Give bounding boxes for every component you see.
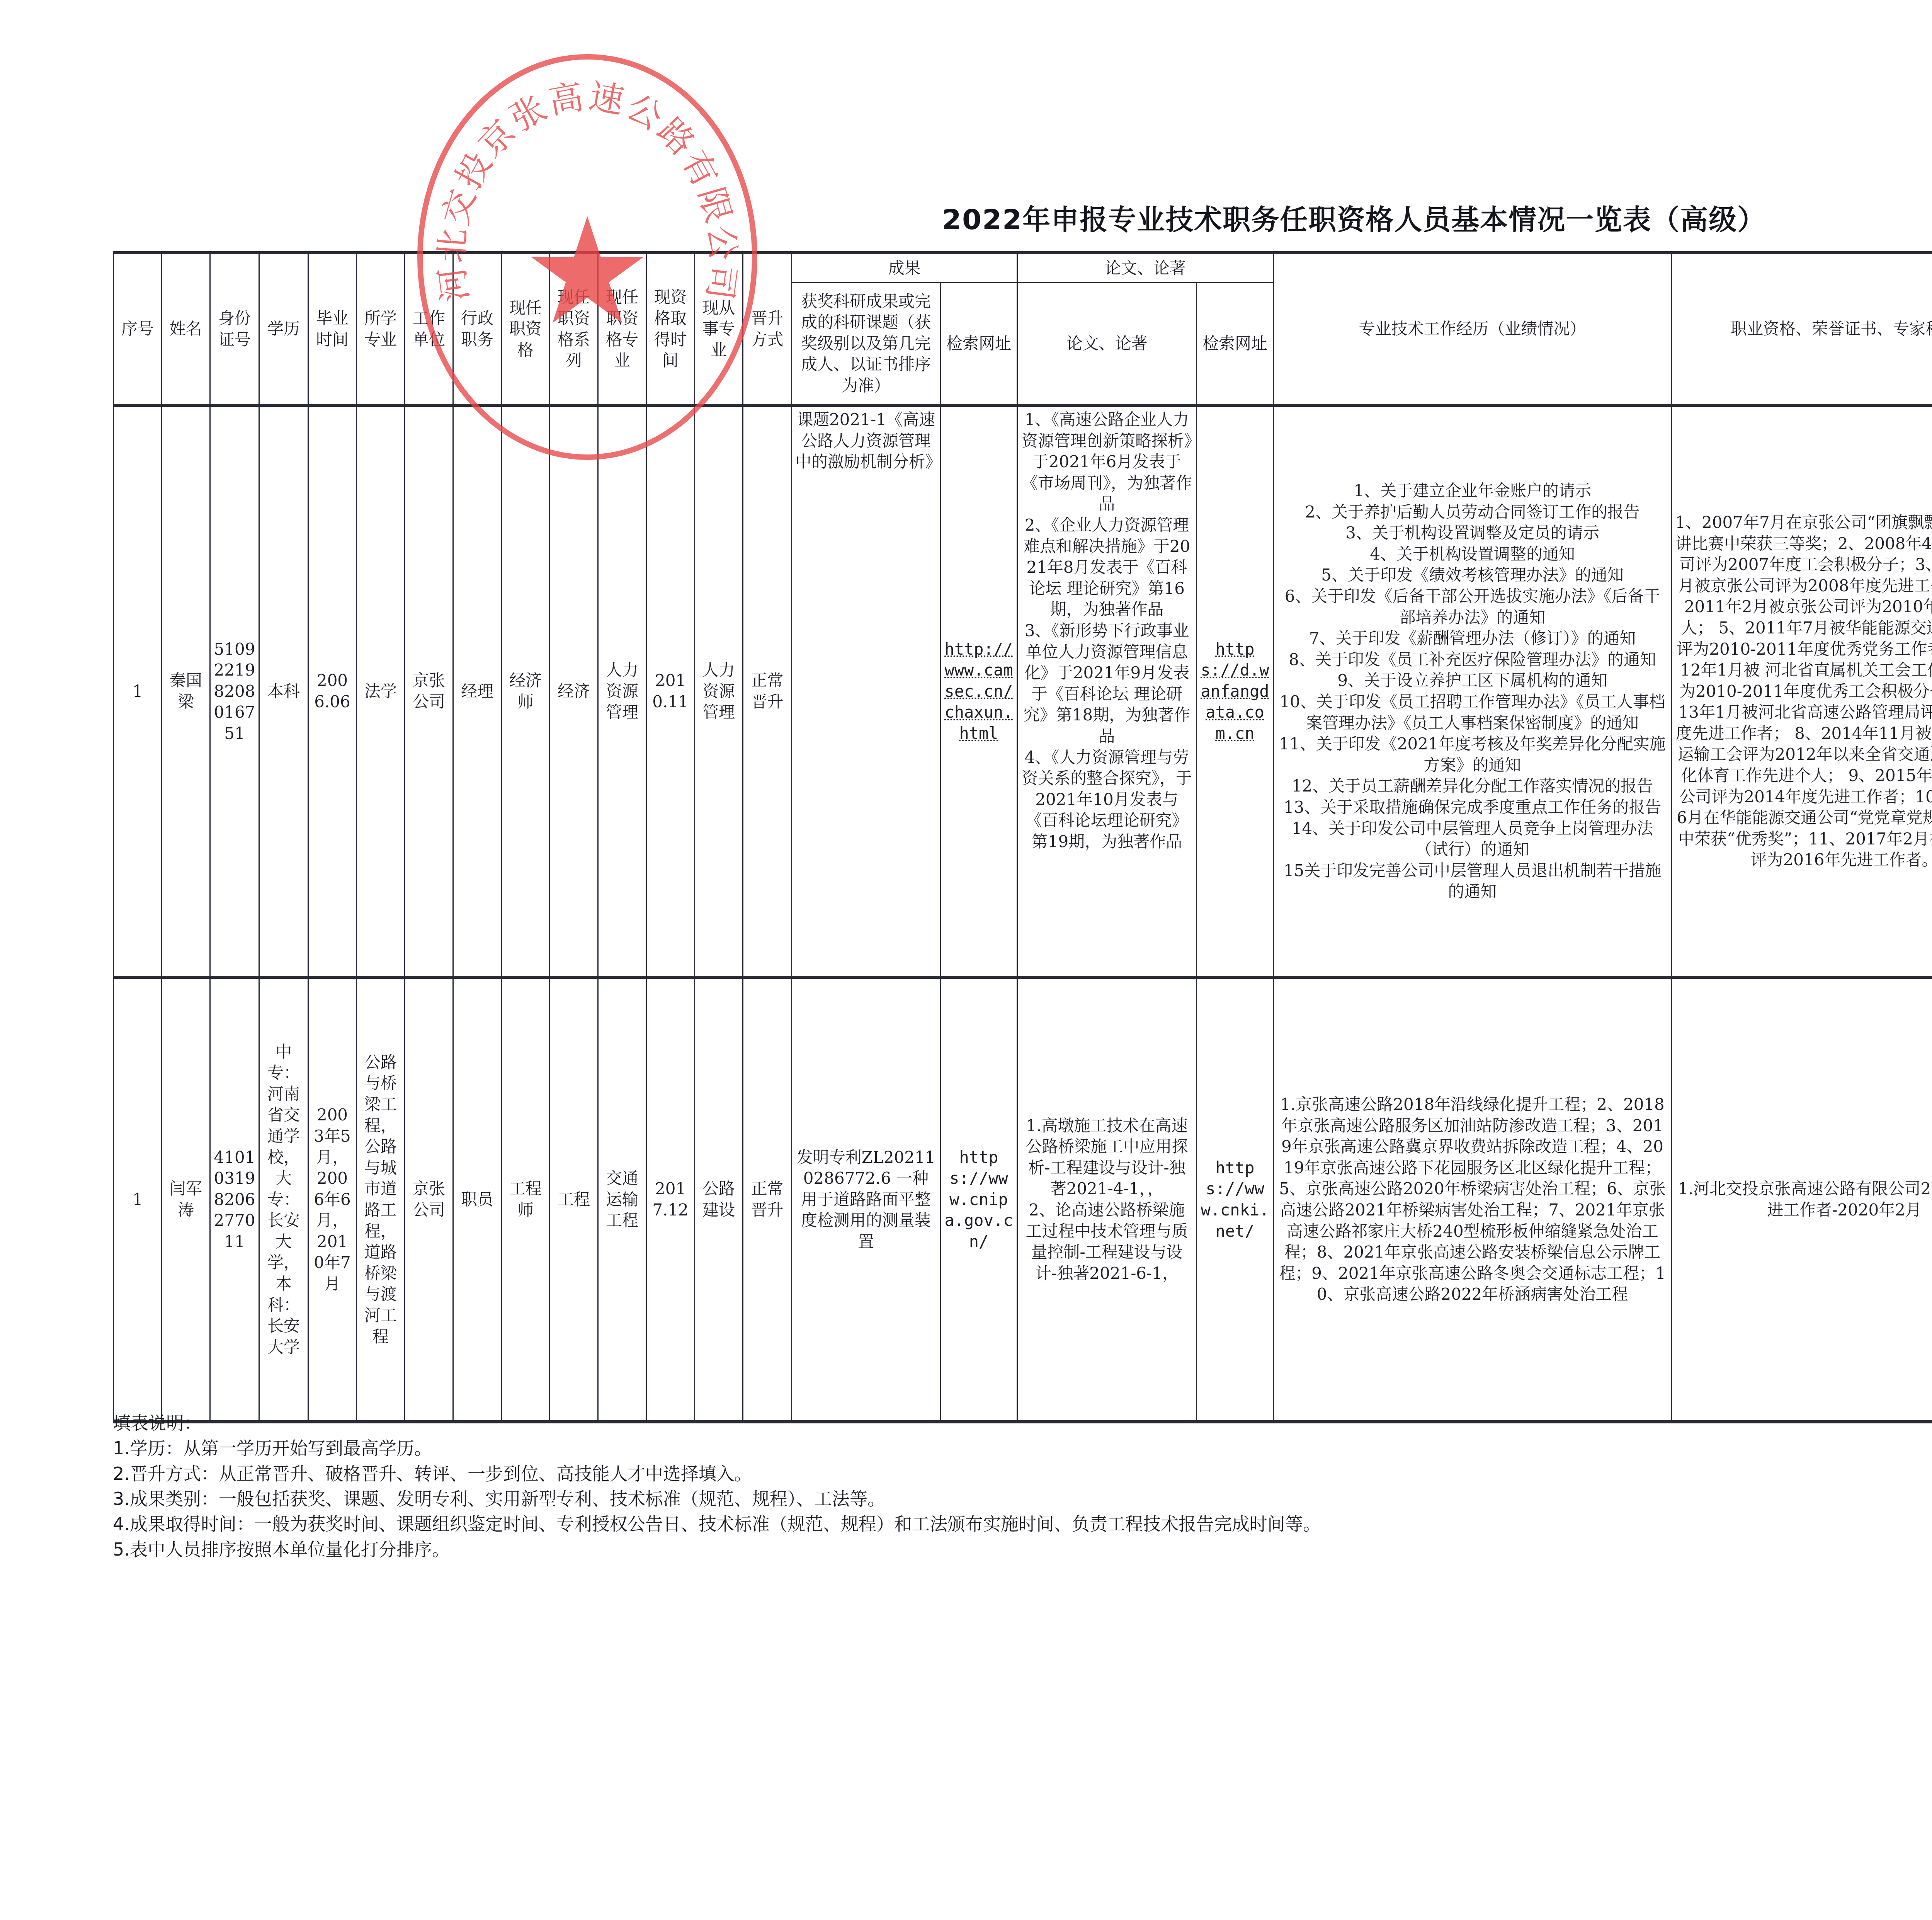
list-line: 2、《企业人力资源管理难点和解决措施》于2021年8月发表于《百科论坛 理论研究… <box>1021 515 1193 620</box>
note-item: 5.表中人员排序按照本单位量化打分排序。 <box>113 1537 1321 1562</box>
cell-current-field: 公路建设 <box>695 977 743 1422</box>
header-row-group: 序号 姓名 身份证号 学历 毕业时间 所学专业 工作单位 行政职务 现任职资格 … <box>114 253 1932 283</box>
header-work-experience: 专业技术工作经历（业绩情况） <box>1274 253 1672 405</box>
list-line: 3、关于机构设置调整及定员的请示 <box>1277 523 1668 544</box>
header-current-qualification: 现任职资格 <box>502 253 550 405</box>
header-papers-group: 论文、论著 <box>1017 253 1274 283</box>
cell-name: 秦国梁 <box>162 405 210 977</box>
cell-work-experience: 1.京张高速公路2018年沿线绿化提升工程；2、2018年京张高速公路服务区加油… <box>1274 977 1672 1422</box>
cell-id-number: 410103198206277011 <box>210 977 259 1422</box>
table-row: 1 闫军涛 410103198206277011 中专：河南省交通学校，大专：长… <box>114 977 1932 1422</box>
list-line: 11、关于印发《2021年度考核及年奖差异化分配实施方案》的通知 <box>1277 734 1668 776</box>
list-line: 4、《人力资源管理与劳资关系的整合探究》，于2021年10月发表与《百科论坛理论… <box>1021 747 1193 853</box>
header-id-number: 身份证号 <box>210 253 259 405</box>
list-line: 6、关于印发《后备干部公开选拔实施办法》《后备干部培养办法》的通知 <box>1277 586 1668 628</box>
list-line: 15关于印发完善公司中层管理人员退出机制若干措施的通知 <box>1277 860 1668 902</box>
cell-qual-obtained-time: 2010.11 <box>646 405 695 977</box>
header-papers: 论文、论著 <box>1017 283 1197 406</box>
header-promotion-method: 晋升方式 <box>743 253 792 405</box>
cell-current-qual-series: 工程 <box>550 977 598 1422</box>
header-achievements-url: 检索网址 <box>940 283 1017 406</box>
cell-current-field: 人力资源管理 <box>695 405 743 977</box>
fill-instructions: 填表说明： 1.学历：从第一学历开始写到最高学历。 2.晋升方式：从正常晋升、破… <box>113 1411 1321 1562</box>
table-row: 1 秦国梁 510922198208016751 本科 2006.06 法学 京… <box>114 405 1932 977</box>
cell-education: 中专：河南省交通学校，大专：长安大学，本科：长安大学 <box>259 977 308 1422</box>
header-papers-url: 检索网址 <box>1197 283 1274 406</box>
header-major: 所学专业 <box>357 253 405 405</box>
list-line: 2、论高速公路桥梁施工过程中技术管理与质量控制-工程建设与设计-独著2021-6… <box>1021 1200 1193 1284</box>
cell-grad-time: 2006.06 <box>308 405 357 977</box>
cell-papers-url-link[interactable]: https://d.wanfangdata.com.cn <box>1197 405 1274 977</box>
cell-major: 公路与桥梁工程，公路与城市道路工程，道路桥梁与渡河工程 <box>357 977 405 1422</box>
list-line: 1、《高速公路企业人力资源管理创新策略探析》于2021年6月发表于《市场周刊》，… <box>1021 409 1193 515</box>
cell-grad-time: 2003年5月，2006年6月，2010年7月 <box>308 977 357 1422</box>
cell-seq: 1 <box>114 405 162 977</box>
cell-admin-post: 职员 <box>453 977 502 1422</box>
list-line: 4、关于机构设置调整的通知 <box>1277 544 1668 565</box>
cell-current-qualification: 经济师 <box>502 405 550 977</box>
cell-work-unit: 京张公司 <box>405 405 453 977</box>
cell-papers: 1、《高速公路企业人力资源管理创新策略探析》于2021年6月发表于《市场周刊》，… <box>1017 405 1197 977</box>
note-item: 4.成果取得时间：一般为获奖时间、课题组织鉴定时间、专利授权公告日、技术标准（规… <box>113 1511 1321 1537</box>
cell-major: 法学 <box>357 405 405 977</box>
header-seq: 序号 <box>114 253 162 405</box>
header-name: 姓名 <box>162 253 210 405</box>
header-grad-time: 毕业时间 <box>308 253 357 405</box>
cell-qual-obtained-time: 2017.12 <box>646 977 695 1422</box>
cell-seq: 1 <box>114 977 162 1422</box>
list-line: 13、关于采取措施确保完成季度重点工作任务的报告 <box>1277 797 1668 818</box>
cell-papers-url-link[interactable]: https://www.cnki.net/ <box>1197 977 1274 1422</box>
cell-name: 闫军涛 <box>162 977 210 1422</box>
list-line: 5、关于印发《绩效考核管理办法》的通知 <box>1277 565 1668 586</box>
cell-achievements-url-link[interactable]: https://www.cnipa.gov.cn/ <box>940 977 1017 1422</box>
cell-achievements: 发明专利ZL202110286772.6 一种用于道路路面平整度检测用的测量装置 <box>792 977 940 1422</box>
header-admin-post: 行政职务 <box>453 253 502 405</box>
list-line: 1.京张高速公路2018年沿线绿化提升工程；2、2018年京张高速公路服务区加油… <box>1277 1094 1668 1305</box>
cell-achievements: 课题2021-1《高速公路人力资源管理中的激励机制分析》 <box>792 405 940 977</box>
list-line: 7、关于印发《薪酬管理办法（修订）》的通知 <box>1277 628 1668 649</box>
header-achievements-group: 成果 <box>792 253 1017 283</box>
header-work-unit: 工作单位 <box>405 253 453 405</box>
list-line: 12、关于员工薪酬差异化分配工作落实情况的报告 <box>1277 776 1668 797</box>
cell-id-number: 510922198208016751 <box>210 405 259 977</box>
applicant-table: 序号 姓名 身份证号 学历 毕业时间 所学专业 工作单位 行政职务 现任职资格 … <box>113 251 1932 1423</box>
cell-current-qual-major: 人力资源管理 <box>598 405 646 977</box>
list-line: 1.高墩施工技术在高速公路桥梁施工中应用探析-工程建设与设计-独著2021-4-… <box>1021 1115 1193 1200</box>
note-item: 1.学历：从第一学历开始写到最高学历。 <box>113 1436 1321 1461</box>
header-achievements: 获奖科研成果或完成的科研课题（获奖级别以及第几完成人、以证书排序为准） <box>792 283 940 406</box>
cell-current-qualification: 工程师 <box>502 977 550 1422</box>
list-line: 3、《新形势下行政事业单位人力资源管理信息化》于2021年9月发表于《百科论坛 … <box>1021 620 1193 747</box>
cell-work-experience: 1、关于建立企业年金账户的请示2、关于养护后勤人员劳动合同签订工作的报告3、关于… <box>1274 405 1672 977</box>
cell-papers: 1.高墩施工技术在高速公路桥梁施工中应用探析-工程建设与设计-独著2021-4-… <box>1017 977 1197 1422</box>
list-line: 14、关于印发公司中层管理人员竞争上岗管理办法（试行）的通知 <box>1277 818 1668 860</box>
header-education: 学历 <box>259 253 308 405</box>
list-line: 8、关于印发《员工补充医疗保险管理办法》的通知 <box>1277 649 1668 671</box>
header-current-qual-major: 现任职资格专业 <box>598 253 646 405</box>
list-line: 2、关于养护后勤人员劳动合同签订工作的报告 <box>1277 502 1668 523</box>
cell-promotion-method: 正常晋升 <box>743 977 792 1422</box>
note-item: 3.成果类别：一般包括获奖、课题、发明专利、实用新型专利、技术标准（规范、规程）… <box>113 1486 1321 1511</box>
page-title: 2022年申报专业技术职务任职资格人员基本情况一览表（高级） <box>0 197 1932 237</box>
note-item: 2.晋升方式：从正常晋升、破格晋升、转评、一步到位、高技能人才中选择填入。 <box>113 1461 1321 1486</box>
cell-honors: 1.河北交投京张高速公路有限公司2019年度先进工作者-2020年2月 <box>1672 977 1932 1422</box>
list-line: 9、关于设立养护工区下属机构的通知 <box>1277 670 1668 691</box>
cell-work-unit: 京张公司 <box>405 977 453 1422</box>
cell-current-qual-major: 交通运输工程 <box>598 977 646 1422</box>
header-honors: 职业资格、荣誉证书、专家称号 <box>1672 253 1932 405</box>
header-current-field: 现从事专业 <box>695 253 743 405</box>
cell-honors: 1、2007年7月在京张公司“团旗飘飘跟党走”演讲比赛中荣获三等奖；2、2008… <box>1672 405 1932 977</box>
cell-admin-post: 经理 <box>453 405 502 977</box>
header-current-qual-series: 现任职资格系列 <box>550 253 598 405</box>
header-qual-obtained-time: 现资格取得时间 <box>646 253 695 405</box>
cell-achievements-url-link[interactable]: http://www.camsec.cn/chaxun.html <box>940 405 1017 977</box>
cell-education: 本科 <box>259 405 308 977</box>
list-line: 10、关于印发《员工招聘工作管理办法》《员工人事档案管理办法》《员工人事档案保密… <box>1277 691 1668 734</box>
cell-current-qual-series: 经济 <box>550 405 598 977</box>
cell-promotion-method: 正常晋升 <box>743 405 792 977</box>
list-line: 1、关于建立企业年金账户的请示 <box>1277 480 1668 502</box>
notes-title: 填表说明： <box>113 1411 1321 1436</box>
